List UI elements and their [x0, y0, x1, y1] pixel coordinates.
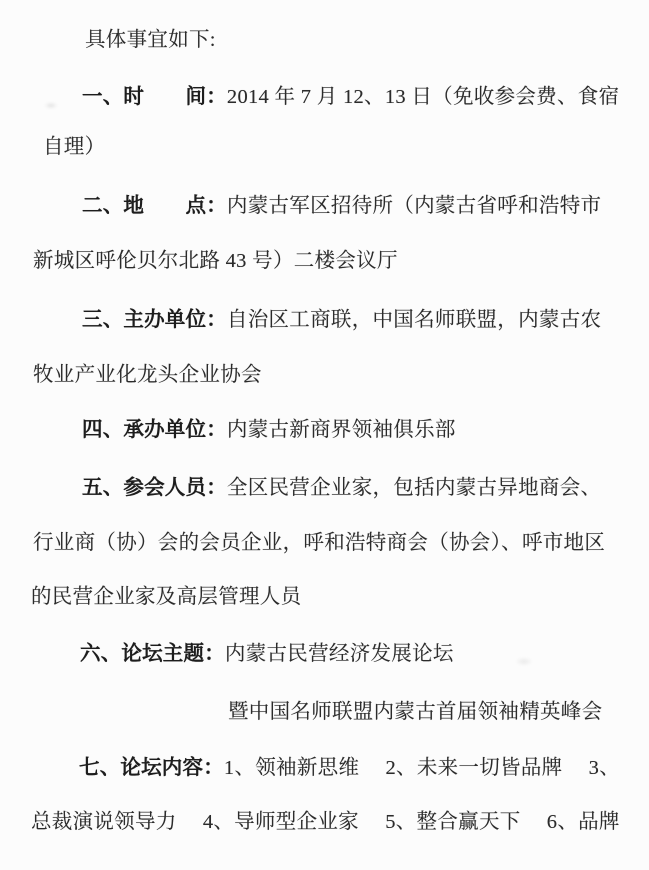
section-label: 一、时 间：	[82, 85, 227, 108]
item-participants-continuation-1: 行业商（协）会的会员企业，呼和浩特商会（协会）、呼市地区	[33, 531, 605, 556]
scanned-document-page: 具体事宜如下: 一、时 间：2014 年 7 月 12、13 日（免收参会费、食…	[0, 0, 649, 870]
line-text: 自治区工商联，中国名师联盟，内蒙古农	[227, 309, 601, 331]
line-text: 内蒙古军区招待所（内蒙古省呼和浩特市	[227, 195, 601, 217]
line-text: 总裁演说领导力 4、导师型企业家 5、整合赢天下 6、品牌	[31, 811, 620, 833]
item-theme-continuation: 暨中国名师联盟内蒙古首届领袖精英峰会	[228, 700, 602, 725]
scan-smudge	[515, 657, 533, 666]
item-content: 七、论坛内容：1、领袖新思维 2、未来一切皆品牌 3、	[79, 756, 620, 781]
item-content-continuation: 总裁演说领导力 4、导师型企业家 5、整合赢天下 6、品牌	[31, 810, 620, 835]
item-organizers-continuation: 牧业产业化龙头企业协会	[33, 363, 262, 388]
line-text: 内蒙古新商界领袖俱乐部	[227, 419, 456, 441]
line-text: 新城区呼伦贝尔北路 43 号）二楼会议厅	[33, 250, 398, 272]
section-label: 二、地 点：	[82, 194, 227, 217]
scan-smudge	[44, 102, 58, 109]
item-theme: 六、论坛主题：内蒙古民营经济发展论坛	[80, 642, 454, 667]
line-text: 全区民营企业家，包括内蒙古异地商会、	[227, 477, 601, 499]
line-text: 牧业产业化龙头企业协会	[33, 364, 262, 386]
section-label: 五、参会人员：	[82, 476, 227, 499]
section-label: 六、论坛主题：	[80, 642, 225, 665]
item-organizers: 三、主办单位：自治区工商联，中国名师联盟，内蒙古农	[82, 308, 601, 333]
line-text: 自理）	[43, 136, 105, 158]
line-text: 暨中国名师联盟内蒙古首届领袖精英峰会	[228, 701, 602, 723]
line-text: 具体事宜如下:	[85, 29, 216, 51]
line-text: 的民营企业家及高层管理人员	[31, 586, 301, 608]
intro-line: 具体事宜如下:	[85, 28, 216, 53]
line-text: 行业商（协）会的会员企业，呼和浩特商会（协会）、呼市地区	[33, 532, 605, 554]
section-label: 四、承办单位：	[82, 418, 227, 441]
line-text: 内蒙古民营经济发展论坛	[225, 643, 454, 665]
item-undertaker: 四、承办单位：内蒙古新商界领袖俱乐部	[82, 418, 456, 443]
item-location: 二、地 点：内蒙古军区招待所（内蒙古省呼和浩特市	[82, 194, 601, 219]
line-text: 2014 年 7 月 12、13 日（免收参会费、食宿	[227, 86, 619, 108]
item-time-continuation: 自理）	[43, 135, 105, 160]
section-label: 三、主办单位：	[82, 308, 227, 331]
item-location-continuation: 新城区呼伦贝尔北路 43 号）二楼会议厅	[33, 249, 398, 274]
item-participants-continuation-2: 的民营企业家及高层管理人员	[31, 585, 301, 610]
section-label: 七、论坛内容：	[79, 756, 224, 779]
item-time: 一、时 间：2014 年 7 月 12、13 日（免收参会费、食宿	[82, 85, 619, 110]
line-text: 1、领袖新思维 2、未来一切皆品牌 3、	[224, 757, 620, 779]
item-participants: 五、参会人员：全区民营企业家，包括内蒙古异地商会、	[82, 476, 601, 501]
